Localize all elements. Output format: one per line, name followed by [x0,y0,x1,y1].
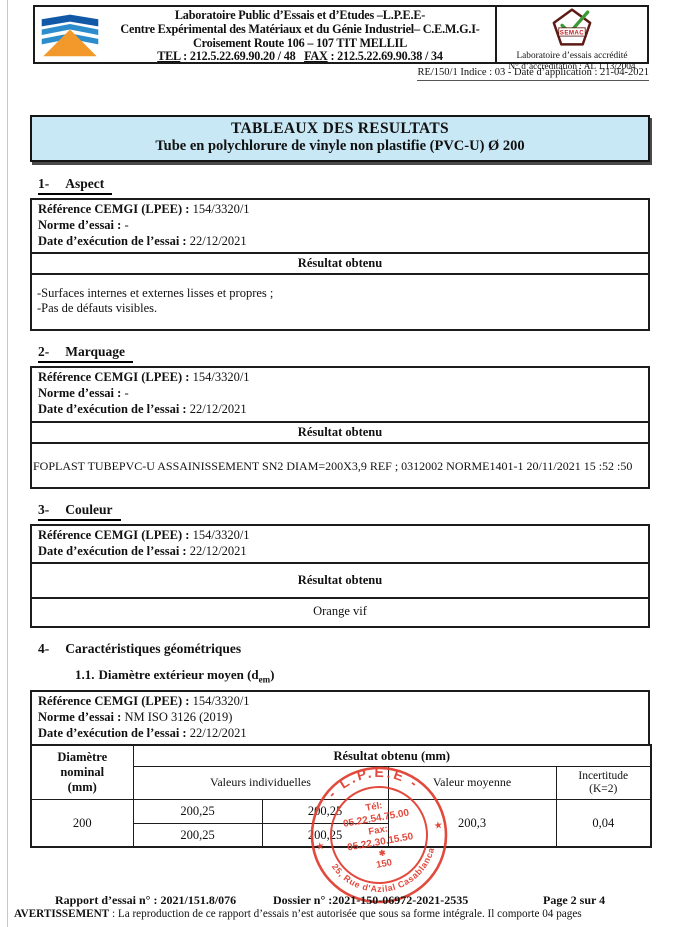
col-header-individual: Valeurs individuelles [133,766,388,799]
stamp-center-star-icon: ✱ [378,848,386,858]
reference-label: Référence CEMGI (LPEE) : [38,202,189,216]
letterhead-text: Laboratoire Public d’Essais et d’Etudes … [105,7,495,62]
col-header-uncertainty-line2: (K=2) [589,783,617,795]
date-row: Date d’exécution de l’essai : 22/12/2021 [38,544,642,560]
subsection-title: Diamètre extérieur moyen (d [99,667,259,682]
norme-label: Norme d’essai : [38,218,121,232]
date-row: Date d’exécution de l’essai : 22/12/2021 [38,402,642,418]
date-value: 22/12/2021 [190,402,247,416]
lab-contact: TEL : 212.5.22.69.90.20 / 48 FAX : 212.5… [105,50,495,64]
result-header: Résultat obtenu [32,252,648,275]
couleur-result: Orange vif [32,599,648,626]
section-title: Couleur [65,502,112,517]
reference-row: Référence CEMGI (LPEE) : 154/3320/1 [38,694,642,710]
individual-value-2: 200,25 [262,799,388,823]
col-header-uncertainty: Incertitude(K=2) [556,766,651,799]
accreditation-line1: Laboratoire d’essais accrédité [497,51,647,62]
date-value: 22/12/2021 [190,234,247,248]
norme-row: Norme d’essai : NM ISO 3126 (2019) [38,710,642,726]
tel-value: : 212.5.22.69.90.20 / 48 [180,49,295,63]
col-header-nominal-line1: Diamètre nominal [57,750,107,779]
date-row: Date d’exécution de l’essai : 22/12/2021 [38,234,642,250]
reference-row: Référence CEMGI (LPEE) : 154/3320/1 [38,202,642,218]
dossier-number: Dossier n° :2021-150-06972-2021-2535 [273,893,543,908]
scan-artifact-line [7,0,8,927]
couleur-table: Référence CEMGI (LPEE) : 154/3320/1 Date… [30,524,650,629]
uncertainty-value: 0,04 [556,799,651,847]
marquage-result: FOPLAST TUBEPVC-U ASSAINISSEMENT SN2 DIA… [32,444,648,487]
reference-row: Référence CEMGI (LPEE) : 154/3320/1 [38,528,642,544]
reference-value: 154/3320/1 [193,202,250,216]
lpee-logo-icon [37,10,103,60]
norme-value: NM ISO 3126 (2019) [124,710,232,724]
lpee-logo [35,7,105,62]
aspect-result-line2: -Pas de défauts visibles. [37,301,643,316]
section-title: Marquage [65,344,125,359]
aspect-table: Référence CEMGI (LPEE) : 154/3320/1 Norm… [30,198,650,331]
geometrie-info: Référence CEMGI (LPEE) : 154/3320/1 Norm… [32,692,648,744]
subsection-number: 1.1. [75,667,95,682]
warning-label: AVERTISSEMENT [14,908,109,920]
dossier-number-label: Dossier n° : [273,893,332,907]
col-header-mean: Valeur moyenne [388,766,556,799]
result-header: Résultat obtenu [32,421,648,444]
result-header: Résultat obtenu [32,562,648,599]
results-title-box: TABLEAUX DES RESULTATS Tube en polychlor… [30,115,650,162]
mean-value: 200,3 [388,799,556,847]
norme-value: - [124,218,128,232]
reference-value: 154/3320/1 [193,370,250,384]
document-reference: RE/150/1 Indice : 03 - Date d’applicatio… [417,67,649,81]
individual-value-1: 200,25 [133,799,262,823]
reference-row: Référence CEMGI (LPEE) : 154/3320/1 [38,370,642,386]
aspect-info: Référence CEMGI (LPEE) : 154/3320/1 Norm… [32,200,648,252]
report-body: 1-Aspect Référence CEMGI (LPEE) : 154/33… [30,163,650,848]
section-heading-marquage: 2-Marquage [38,344,650,363]
letterhead: Laboratoire Public d’Essais et d’Etudes … [33,5,649,64]
individual-value-4: 200,25 [262,823,388,847]
norme-row: Norme d’essai : - [38,218,642,234]
semac-badge-icon: SEMAC [549,8,595,46]
section-number: 3- [38,502,49,517]
reference-label: Référence CEMGI (LPEE) : [38,528,189,542]
section-number: 1- [38,176,49,191]
lab-name-line2: Centre Expérimental des Matériaux et du … [105,23,495,37]
subsection-heading-diametre: 1.1.Diamètre extérieur moyen (dem) [75,667,650,685]
footer-reference-line: Rapport d’essai n° : 2021/151.8/076 Doss… [55,893,660,908]
section-title: Caractéristiques géométriques [65,641,241,656]
section-number: 4- [38,641,49,656]
reference-value: 154/3320/1 [193,528,250,542]
norme-label: Norme d’essai : [38,386,121,400]
warning-text: : La reproduction de ce rapport d’essais… [109,908,582,920]
diameter-results-table: Diamètre nominal(mm) Résultat obtenu (mm… [30,744,652,848]
col-header-result: Résultat obtenu (mm) [133,745,651,766]
aspect-result: -Surfaces internes et externes lisses et… [32,275,648,329]
col-header-nominal: Diamètre nominal(mm) [31,745,133,799]
stamp-number: 150 [375,857,393,871]
date-label: Date d’exécution de l’essai : [38,544,187,558]
report-number-value: 2021/151.8/076 [160,893,236,907]
fax-value: : 212.5.22.69.90.38 / 34 [328,49,443,63]
date-row: Date d’exécution de l’essai : 22/12/2021 [38,726,642,742]
footer-warning-line: AVERTISSEMENT : La reproduction de ce ra… [14,908,672,920]
reference-label: Référence CEMGI (LPEE) : [38,694,189,708]
reference-value: 154/3320/1 [193,694,250,708]
section-heading-couleur: 3-Couleur [38,502,650,521]
semac-badge-label: SEMAC [560,29,585,36]
col-header-uncertainty-line1: Incertitude [578,770,628,782]
reference-label: Référence CEMGI (LPEE) : [38,370,189,384]
norme-row: Norme d’essai : - [38,386,642,402]
page-indicator: Page 2 sur 4 [543,893,605,908]
fax-label: FAX [304,49,328,63]
report-number-label: Rapport d’essai n° : [55,893,157,907]
accreditation-block: SEMAC Laboratoire d’essais accrédité N° … [495,7,647,62]
geometrie-info-table: Référence CEMGI (LPEE) : 154/3320/1 Norm… [30,690,650,744]
date-label: Date d’exécution de l’essai : [38,402,187,416]
lab-address: Croisement Route 106 – 107 TIT MELLIL [105,37,495,51]
norme-label: Norme d’essai : [38,710,121,724]
couleur-info: Référence CEMGI (LPEE) : 154/3320/1 Date… [32,526,648,563]
individual-value-3: 200,25 [133,823,262,847]
report-number: Rapport d’essai n° : 2021/151.8/076 [55,893,273,908]
section-number: 2- [38,344,49,359]
tel-label: TEL [157,49,180,63]
subsection-title-close: ) [270,667,274,682]
dossier-number-value: 2021-150-06972-2021-2535 [332,893,468,907]
section-heading-geometrie: 4-Caractéristiques géométriques [38,641,650,658]
date-label: Date d’exécution de l’essai : [38,726,187,740]
date-label: Date d’exécution de l’essai : [38,234,187,248]
title-line2: Tube en polychlorure de vinyle non plast… [32,138,648,155]
marquage-info: Référence CEMGI (LPEE) : 154/3320/1 Norm… [32,368,648,420]
col-header-nominal-line2: (mm) [68,780,97,794]
title-line1: TABLEAUX DES RESULTATS [32,120,648,138]
section-heading-aspect: 1-Aspect [38,176,650,195]
nominal-diameter-value: 200 [31,799,133,847]
norme-value: - [124,386,128,400]
table-row: 200 200,25 200,25 200,3 0,04 [31,799,651,823]
marquage-table: Référence CEMGI (LPEE) : 154/3320/1 Norm… [30,366,650,488]
date-value: 22/12/2021 [190,726,247,740]
aspect-result-line1: -Surfaces internes et externes lisses et… [37,286,643,301]
subsection-title-subscript: em [259,675,271,685]
date-value: 22/12/2021 [190,544,247,558]
section-title: Aspect [65,176,104,191]
lab-name-line1: Laboratoire Public d’Essais et d’Etudes … [105,9,495,23]
